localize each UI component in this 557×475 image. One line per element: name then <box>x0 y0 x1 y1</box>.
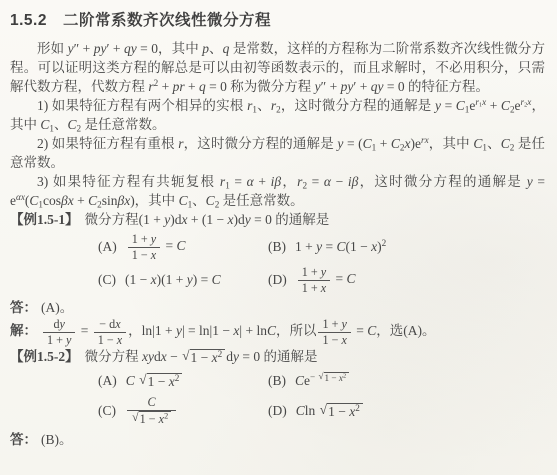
example1-label: 【例1.5-1】 <box>10 212 79 227</box>
answer-value: (B)。 <box>41 432 73 447</box>
example1-options: (A)1 + y1 − x = C (B)1 + y = C(1 − x)2 (… <box>98 232 545 295</box>
intro-paragraph: 形如 y″ + py′ + qy = 0，其中 p、q 是常数，这样的方程称为二… <box>10 39 545 96</box>
option-key: (D) <box>268 401 287 421</box>
answer-label: 答： <box>10 432 37 447</box>
example1-option-b: (B)1 + y = C(1 − x)2 <box>268 236 386 258</box>
example1-option-c: (C)(1 − x)(1 + y) = C <box>98 269 256 291</box>
example2-statement: 微分方程 xydx − √1 − x2dy = 0 的通解是 <box>85 349 318 364</box>
option-body: 1 + y = C(1 − x)2 <box>295 237 386 257</box>
example2-label: 【例1.5-2】 <box>10 349 79 364</box>
example2-options: (A)C √1 − x2 (B)Ce− √1 − x2 (C)C√1 − x2 … <box>98 370 545 427</box>
example1-statement: 微分方程(1 + y)dx + (1 − x)dy = 0 的通解是 <box>85 212 330 227</box>
option-key: (C) <box>98 270 116 290</box>
example2-option-a: (A)C √1 − x2 <box>98 370 256 392</box>
case-item-complex-roots: 3) 如果特征方程有共轭复根 r1 = α + iβ，r2 = α − iβ，这… <box>10 172 545 210</box>
example1-answer: 答：(A)。 <box>10 298 545 317</box>
option-key: (C) <box>98 401 116 421</box>
example1-solution: 解：dy1 + y = − dx1 − x，ln|1 + y| = ln|1 −… <box>10 317 545 347</box>
example2-option-d: (D)Cln √1 − x2 <box>268 400 364 422</box>
option-body: (1 − x)(1 + y) = C <box>125 270 221 290</box>
option-key: (D) <box>268 270 287 290</box>
answer-value: (A)。 <box>41 300 73 315</box>
option-body: Ce− √1 − x2 <box>295 371 350 391</box>
option-key: (A) <box>98 237 117 257</box>
option-body: 1 + y1 − x = C <box>126 232 186 262</box>
example2-option-c: (C)C√1 − x2 <box>98 395 256 427</box>
example1-option-a: (A)1 + y1 − x = C <box>98 232 256 262</box>
case-item-real-roots: 1) 如果特征方程有两个相异的实根 r1、r2，这时微分方程的通解是 y = C… <box>10 96 545 134</box>
section-number: 1.5.2 <box>10 12 47 29</box>
section-title: 二阶常系数齐次线性微分方程 <box>63 12 271 29</box>
example1-option-d: (D)1 + y1 + x = C <box>268 265 386 295</box>
case-item-repeated-root: 2) 如果特征方程有重根 r，这时微分方程的通解是 y = (C1 + C2x)… <box>10 134 545 172</box>
option-body: C√1 − x2 <box>125 395 178 427</box>
textbook-page: 1.5.2二阶常系数齐次线性微分方程 形如 y″ + py′ + qy = 0，… <box>10 8 545 475</box>
option-body: C √1 − x2 <box>126 371 184 391</box>
solution-body: dy1 + y = − dx1 − x，ln|1 + y| = ln|1 − x… <box>41 323 436 338</box>
answer-label: 答： <box>10 300 37 315</box>
section-heading: 1.5.2二阶常系数齐次线性微分方程 <box>10 8 545 30</box>
option-key: (B) <box>268 371 286 391</box>
option-key: (A) <box>98 371 117 391</box>
example2-heading: 【例1.5-2】微分方程 xydx − √1 − x2dy = 0 的通解是 <box>10 347 545 367</box>
option-key: (B) <box>268 237 286 257</box>
option-body: 1 + y1 + x = C <box>296 265 356 295</box>
solution-label: 解： <box>10 323 37 338</box>
example1-heading: 【例1.5-1】微分方程(1 + y)dx + (1 − x)dy = 0 的通… <box>10 210 545 229</box>
example2-answer: 答：(B)。 <box>10 430 545 449</box>
option-body: Cln √1 − x2 <box>296 401 364 421</box>
example2-option-b: (B)Ce− √1 − x2 <box>268 370 364 392</box>
